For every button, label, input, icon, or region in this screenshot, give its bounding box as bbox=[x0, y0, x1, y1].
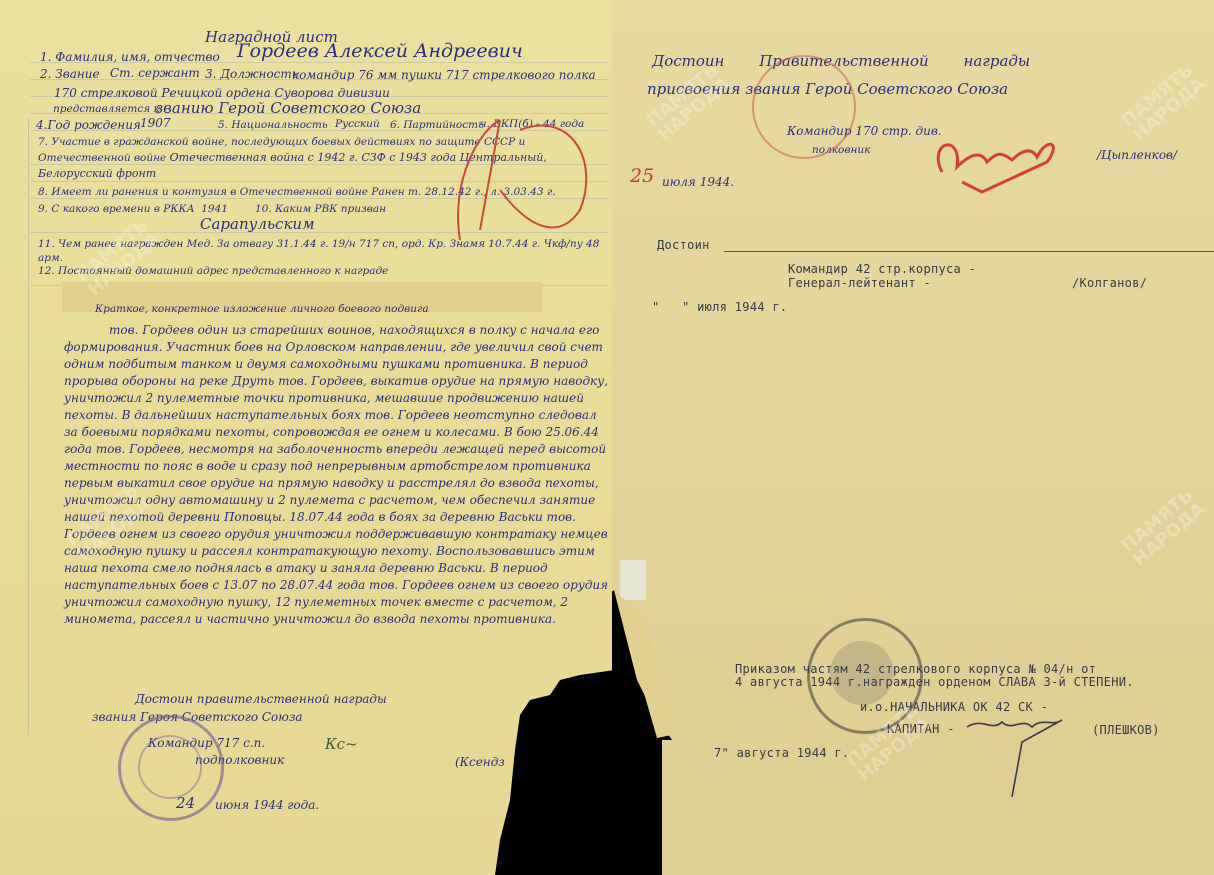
order-line1: Приказом частям 42 стрелкового корпуса №… bbox=[735, 662, 1096, 676]
signature-ksendz: Кс~ bbox=[325, 735, 358, 753]
division-stamp bbox=[752, 55, 856, 159]
conclusion-line1: Достоин правительственной награды bbox=[135, 692, 387, 706]
hw-date-day: 25 bbox=[630, 165, 654, 187]
narrative-heading: Краткое, конкретное изложение личного бо… bbox=[95, 303, 429, 315]
field-10: 10. Каким РВК призван bbox=[255, 203, 386, 215]
field-9: 9. С какого времени в РККА 1941 bbox=[38, 203, 228, 215]
hw-name: /Цыпленков/ bbox=[1097, 148, 1177, 162]
award-sheet-left-page: Наградной лист 1. Фамилия, имя, отчество… bbox=[0, 0, 612, 875]
typed-signer-line1: Командир 42 стр.корпуса - bbox=[788, 262, 976, 276]
field-4-label: 4.Год рождения bbox=[36, 118, 141, 132]
presented-label: представляется к bbox=[53, 103, 160, 115]
field-1-label: 1. Фамилия, имя, отчество bbox=[40, 50, 220, 64]
field-3-value-position: командир 76 мм пушки 717 стрелкового пол… bbox=[54, 66, 609, 102]
field-4-value: 1907 bbox=[140, 116, 171, 130]
field-1-value-name: Гордеев Алексей Андреевич bbox=[237, 40, 523, 62]
red-pencil-mark bbox=[440, 100, 610, 250]
typed-dostoin: Достоин bbox=[657, 238, 710, 252]
margin-line bbox=[28, 118, 29, 735]
field-10-value: Сарапульским bbox=[200, 215, 315, 233]
field-5-label: 5. Национальность bbox=[218, 119, 328, 131]
narrative-text: тов. Гордеев один из старейших воинов, н… bbox=[64, 322, 609, 628]
typed-signer-line2: Генерал-лейтенант - bbox=[788, 276, 931, 290]
order-signature bbox=[962, 712, 1082, 802]
order-date: 7" августа 1944 г. bbox=[714, 746, 849, 760]
red-signature bbox=[922, 122, 1072, 202]
date-rest: июня 1944 года. bbox=[215, 798, 319, 812]
typed-underline bbox=[724, 251, 1214, 252]
regiment-stamp-inner bbox=[138, 735, 202, 799]
hw-date-rest: июля 1944. bbox=[662, 175, 734, 189]
typed-signer-name: /Колганов/ bbox=[1072, 276, 1147, 290]
order-signer-name: (ПЛЕШКОВ) bbox=[1092, 723, 1160, 737]
typed-date: " " июля 1944 г. bbox=[652, 300, 787, 314]
torn-paper-hole bbox=[490, 600, 612, 875]
order-line2: 4 августа 1944 г.награжден орденом СЛАВА… bbox=[735, 675, 1134, 689]
field-5-value: Русский bbox=[335, 118, 380, 130]
torn-fold-flap bbox=[612, 560, 692, 875]
presented-value: званию Герой Советского Союза bbox=[155, 99, 421, 117]
